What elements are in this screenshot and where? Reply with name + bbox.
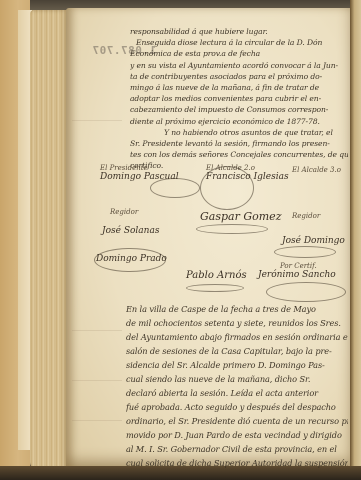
- text-line: Económica de esta prov.a de fecha: [130, 48, 348, 59]
- text-line: ordinario, el Sr. Presidente dió cuenta …: [126, 414, 348, 428]
- bleed-line: [72, 120, 122, 121]
- signature-title: Regidor: [292, 212, 320, 220]
- text-line: responsabilidad á que hubiere lugar.: [130, 26, 348, 37]
- signature-alcalde-3: El Alcalde 3.o: [292, 166, 341, 174]
- page-stack-edges: [30, 10, 68, 470]
- text-line: ta de contribuyentes asociados para el p…: [130, 71, 348, 82]
- text-line: declaró abierta la sesión. Leída el acta…: [126, 386, 348, 400]
- paragraph-2: En la villa de Caspe de la fecha a tres …: [126, 302, 348, 470]
- signature-regidor-2-title: Regidor: [292, 212, 320, 220]
- bleed-line: [72, 420, 122, 421]
- signature-flourish: [274, 246, 336, 258]
- signature-flourish: [196, 224, 268, 234]
- signature-flourish: [200, 166, 254, 210]
- text-line: y en su vista el Ayuntamiento acordó con…: [130, 60, 348, 71]
- right-page-edge: [350, 0, 361, 480]
- signature-title: El Alcalde 3.o: [292, 166, 341, 174]
- signature-flourish: [150, 178, 200, 198]
- signature-name: Jerónimo Sancho: [258, 270, 336, 280]
- signature-name: José Domingo: [282, 236, 345, 246]
- signature-certifico: Por Certif. Jerónimo Sancho: [258, 262, 336, 280]
- signature-flourish: [94, 248, 166, 272]
- text-line: sidencia del Sr. Alcalde primero D. Domi…: [126, 358, 348, 372]
- bleed-line: [72, 380, 122, 381]
- text-line: tes con los demás señores Concejales con…: [130, 149, 348, 160]
- text-line: Y no habiendo otros asuntos de que trata…: [130, 127, 348, 138]
- text-line: movido por D. Juan Pardo de esta vecinda…: [126, 428, 348, 442]
- text-line: adoptar los medios convenientes para cub…: [130, 93, 348, 104]
- signature-name: José Solanas: [102, 226, 159, 236]
- text-line: Sr. Presidente levantó la sesión, firman…: [130, 138, 348, 149]
- text-line: salón de sesiones de la Casa Capitular, …: [126, 344, 348, 358]
- text-line: cabezamiento del impuesto de Consumos co…: [130, 104, 348, 115]
- text-line: Enseguida diose lectura á la circular de…: [130, 37, 348, 48]
- signature-name: Pablo Arnós: [186, 270, 247, 281]
- text-line: al M. I. Sr. Gobernador Civil de esta pr…: [126, 442, 348, 456]
- text-line: diente al próximo ejercicio económico de…: [130, 116, 348, 127]
- signature-regidor-1: José Solanas: [102, 226, 159, 236]
- text-line: cual solicita de dicha Superior Autorida…: [126, 456, 348, 470]
- signature-name: Gaspar Gomez: [200, 210, 282, 223]
- signature-gaspar-gomez: Gaspar Gomez: [200, 210, 282, 223]
- signature-title: El Presidente: [100, 164, 179, 172]
- text-line: fué aprobada. Acto seguido y después del…: [126, 400, 348, 414]
- paragraph-1: responsabilidad á que hubiere lugar. Ens…: [130, 26, 348, 171]
- text-line: de mil ochocientos setenta y siete, reun…: [126, 316, 348, 330]
- signature-regidor-1-title: Regidor: [110, 208, 138, 216]
- text-line: cual siendo las nueve de la mañana, dich…: [126, 372, 348, 386]
- photo-scene: 1.087.707 responsabilidad á que hubiere …: [0, 0, 361, 480]
- signature-pablo-arnos: Pablo Arnós: [186, 270, 247, 281]
- signature-flourish: [186, 284, 244, 292]
- text-line: mingo á las nueve de la mañana, á fin de…: [130, 82, 348, 93]
- text-line: del Ayuntamiento abajo firmados en sesió…: [126, 330, 348, 344]
- signature-title: Regidor: [110, 208, 138, 216]
- bleed-line: [72, 330, 122, 331]
- signature-regidor-2: José Domingo: [282, 236, 345, 246]
- text-line: En la villa de Caspe de la fecha a tres …: [126, 302, 348, 316]
- signature-title: Por Certif.: [258, 262, 336, 270]
- signature-flourish: [266, 282, 346, 302]
